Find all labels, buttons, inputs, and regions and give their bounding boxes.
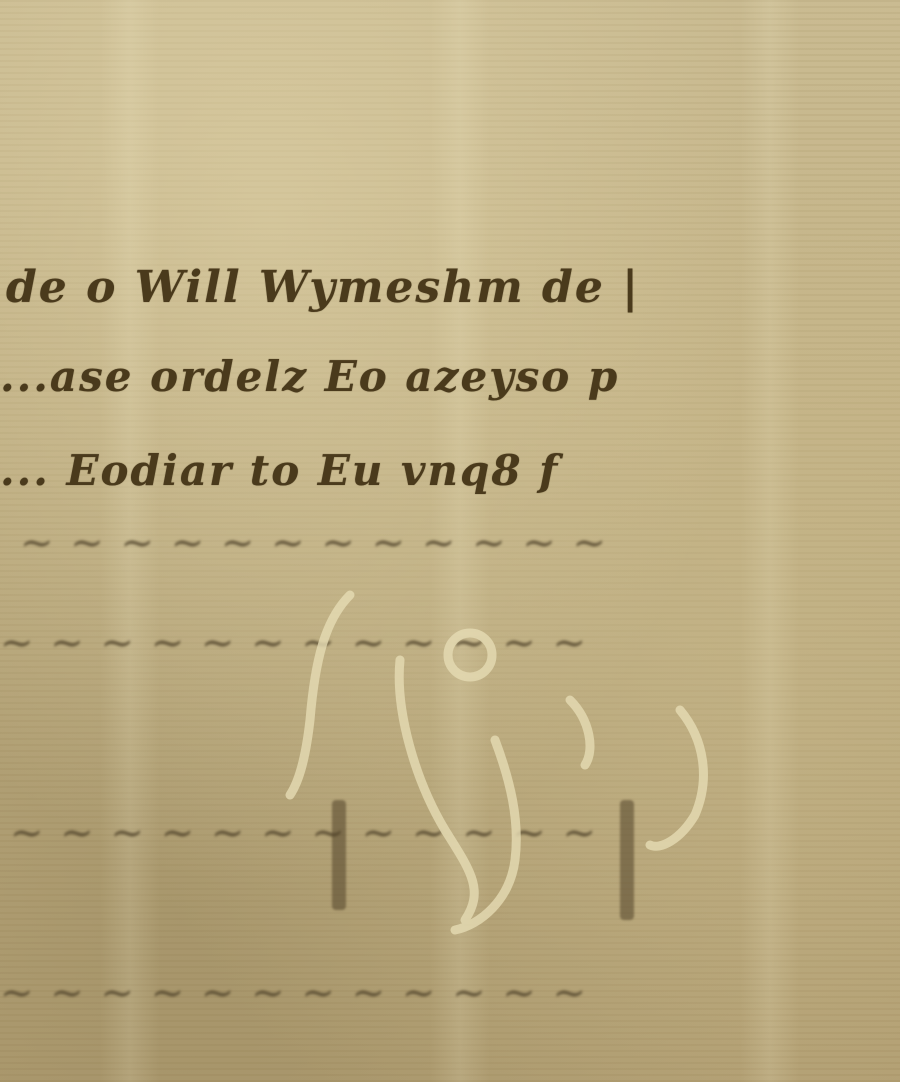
manuscript-photo: de o Will Wymeshm de | ...ase ordelz Eo … xyxy=(0,0,900,1082)
manuscript-line-2: ...ase ordelz Eo azeyso p xyxy=(0,352,619,401)
watermark-figure xyxy=(230,580,750,960)
manuscript-line-1: de o Will Wymeshm de | xyxy=(6,262,640,313)
manuscript-line-3: ... Eodiar to Eu vnq8 f xyxy=(0,446,559,495)
show-through-line: ~ ~ ~ ~ ~ ~ ~ ~ ~ ~ ~ ~ xyxy=(20,520,608,566)
show-through-line: ~ ~ ~ ~ ~ ~ ~ ~ ~ ~ ~ ~ xyxy=(0,970,588,1016)
